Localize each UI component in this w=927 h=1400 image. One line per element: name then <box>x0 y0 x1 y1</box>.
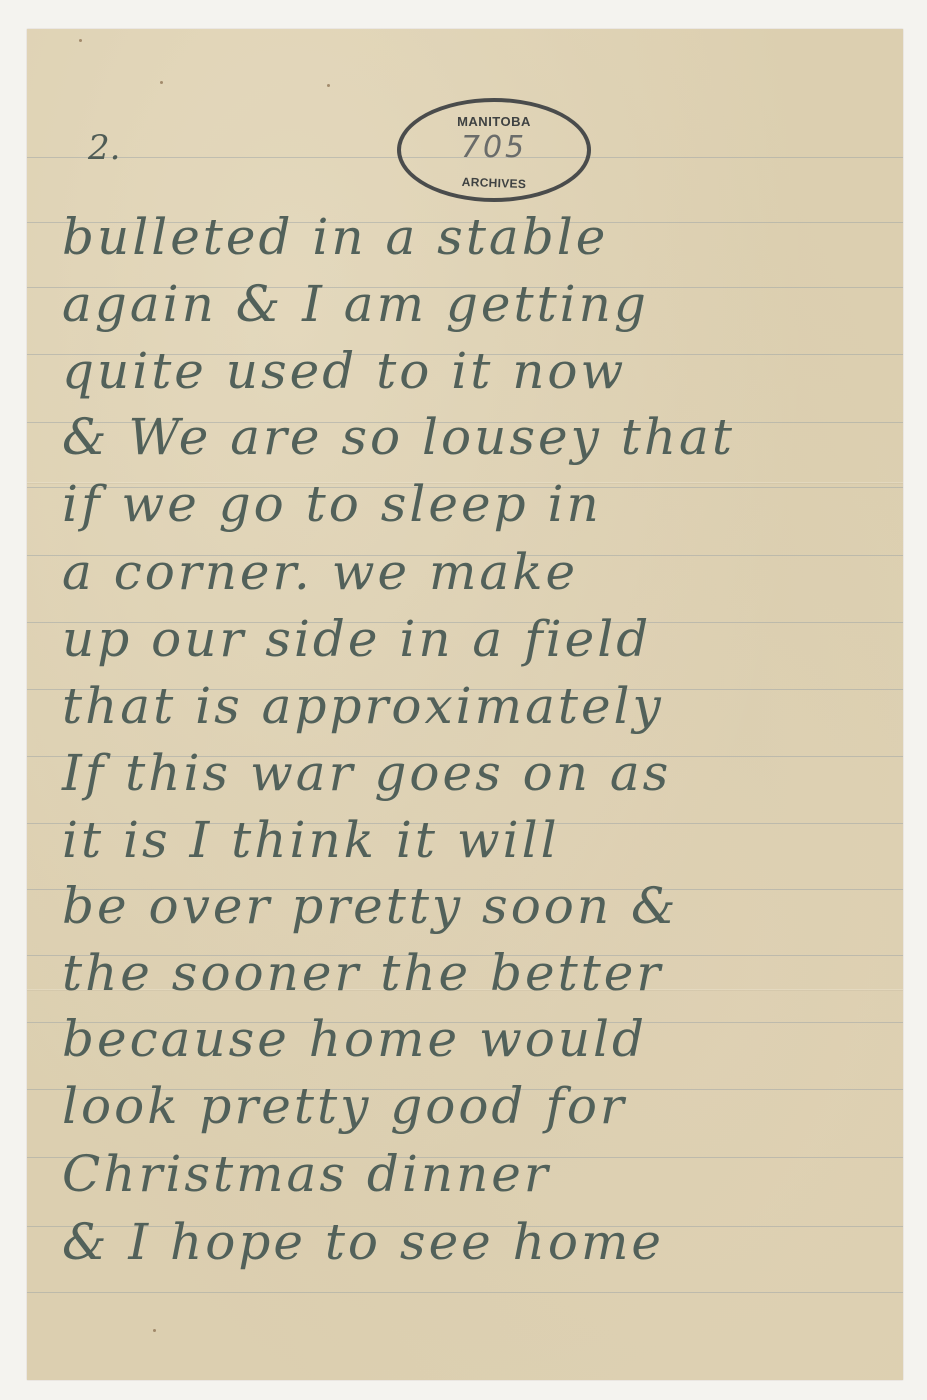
handwritten-line: If this war goes on as <box>62 744 671 802</box>
handwritten-line: & We are so lousey that <box>62 408 735 466</box>
handwritten-line: & I hope to see home <box>62 1213 664 1271</box>
stamp-top-text: MANITOBA <box>401 114 587 129</box>
page-number: 2. <box>88 128 120 168</box>
handwritten-line: because home would <box>62 1010 647 1068</box>
handwritten-line: if we go to sleep in <box>62 475 602 533</box>
handwritten-line: look pretty good for <box>62 1077 627 1135</box>
handwritten-line: quite used to it now <box>62 342 626 400</box>
handwritten-line: Christmas dinner <box>62 1145 551 1203</box>
handwritten-line: that is approximately <box>62 677 664 735</box>
handwritten-line: again & I am getting <box>62 275 649 333</box>
handwritten-line: the sooner the better <box>62 944 663 1002</box>
handwritten-line: a corner. we make <box>62 543 578 601</box>
handwritten-line: be over pretty soon & <box>62 877 679 935</box>
handwritten-line: it is I think it will <box>62 811 560 869</box>
ruled-line <box>27 1292 903 1293</box>
archives-stamp: MANITOBA 705 ARCHIVES <box>397 98 591 202</box>
stamp-number: 705 <box>401 130 587 165</box>
handwritten-line: up our side in a field <box>62 610 651 668</box>
handwritten-line: bulleted in a stable <box>62 208 608 266</box>
